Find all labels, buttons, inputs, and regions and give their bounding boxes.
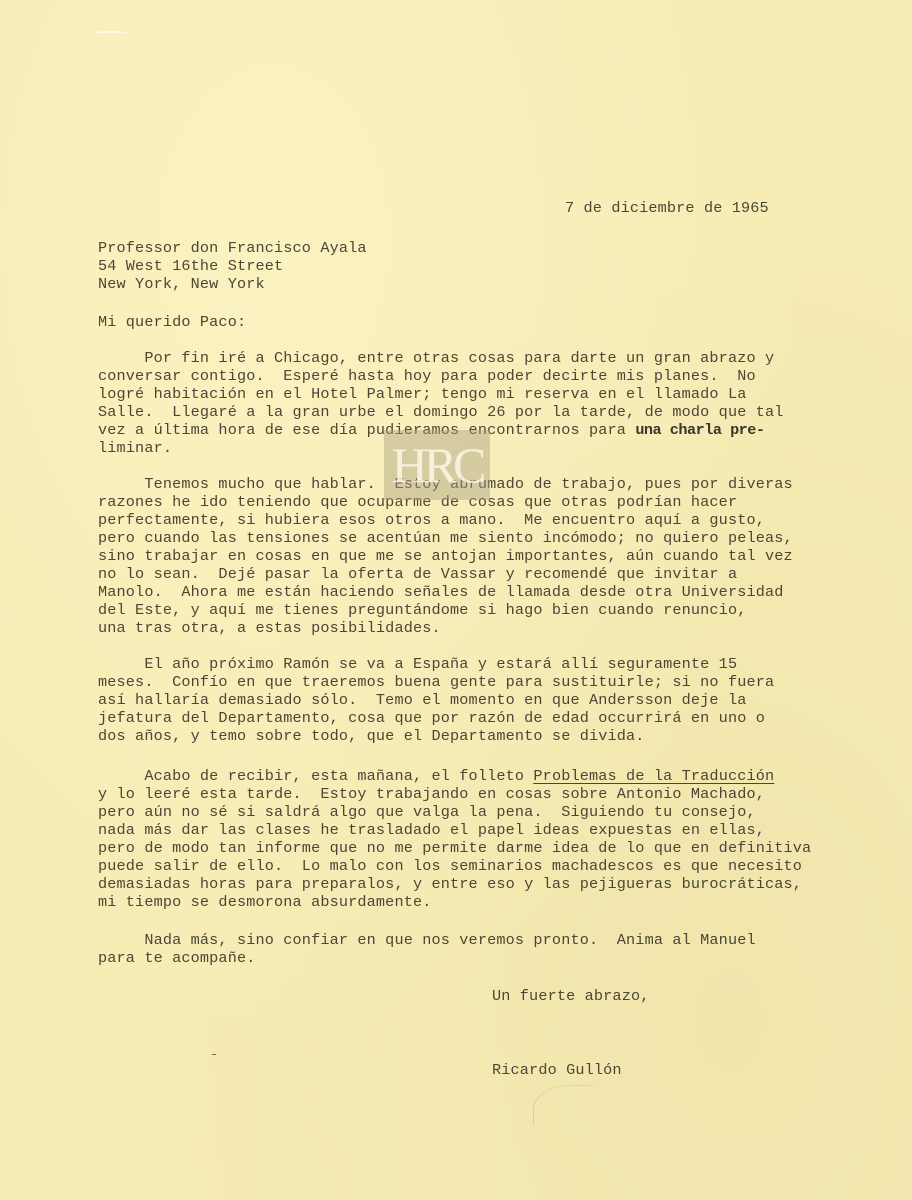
- text-line: perfectamente, si hubiera esos otros a m…: [98, 510, 765, 530]
- text-line: mi tiempo se desmorona absurdamente.: [98, 892, 432, 912]
- text-line: demasiadas horas para preparalos, y entr…: [98, 874, 802, 894]
- text-line: no lo sean. Dejé pasar la oferta de Vass…: [98, 564, 737, 584]
- text-line: logré habitación en el Hotel Palmer; ten…: [98, 384, 746, 404]
- text-line: y lo leeré esta tarde. Estoy trabajando …: [98, 784, 765, 804]
- signature-name: Ricardo Gullón: [492, 1060, 622, 1080]
- text-line: razones he ido teniendo que ocuparme de …: [98, 492, 737, 512]
- letter-paper: 7 de diciembre de 1965 Professor don Fra…: [0, 0, 912, 1200]
- text-line: Tenemos mucho que hablar. Estoy abrumado…: [98, 474, 793, 494]
- text-line: pero aún no sé si saldrá algo que valga …: [98, 802, 756, 822]
- text-line: puede salir de ello. Lo malo con los sem…: [98, 856, 802, 876]
- text-line: liminar.: [98, 438, 172, 458]
- text-segment: Acabo de recibir, esta mañana, el follet…: [98, 767, 533, 785]
- text-line: dos años, y temo sobre todo, que el Depa…: [98, 726, 645, 746]
- text-line: Nada más, sino confiar en que nos veremo…: [98, 930, 756, 950]
- text-line: pero cuando las tensiones se acentúan me…: [98, 528, 793, 548]
- text-line: conversar contigo. Esperé hasta hoy para…: [98, 366, 756, 386]
- text-line: nada más dar las clases he trasladado el…: [98, 820, 765, 840]
- text-line: Acabo de recibir, esta mañana, el follet…: [98, 766, 774, 786]
- text-line: El año próximo Ramón se va a España y es…: [98, 654, 737, 674]
- text-line: sino trabajar en cosas en que me se anto…: [98, 546, 793, 566]
- staple-mark: [93, 31, 127, 39]
- recipient-name: Professor don Francisco Ayala: [98, 238, 367, 258]
- signature-trace: [533, 1085, 594, 1126]
- text-line: Por fin iré a Chicago, entre otras cosas…: [98, 348, 774, 368]
- text-segment: vez a última hora de ese día pudieramos …: [98, 421, 635, 439]
- text-line: una tras otra, a estas posibilidades.: [98, 618, 441, 638]
- text-line: pero de modo tan informe que no me permi…: [98, 838, 811, 858]
- overstruck-text: una charla pre-: [635, 421, 764, 439]
- salutation: Mi querido Paco:: [98, 312, 246, 332]
- recipient-street: 54 West 16the Street: [98, 256, 283, 276]
- text-line: del Este, y aquí me tienes preguntándome…: [98, 600, 746, 620]
- text-line: así hallaría demasiado sólo. Temo el mom…: [98, 690, 746, 710]
- text-line: Manolo. Ahora me están haciendo señales …: [98, 582, 784, 602]
- pamphlet-title: Problemas de la Traducción: [533, 767, 774, 785]
- letter-date: 7 de diciembre de 1965: [565, 198, 769, 218]
- text-line: jefatura del Departamento, cosa que por …: [98, 708, 765, 728]
- closing: Un fuerte abrazo,: [492, 986, 650, 1006]
- text-line: para te acompañe.: [98, 948, 256, 968]
- text-line: vez a última hora de ese día pudieramos …: [98, 420, 765, 440]
- stray-mark: [212, 1054, 216, 1055]
- recipient-city: New York, New York: [98, 274, 265, 294]
- text-line: Salle. Llegaré a la gran urbe el domingo…: [98, 402, 784, 422]
- text-line: meses. Confío en que traeremos buena gen…: [98, 672, 774, 692]
